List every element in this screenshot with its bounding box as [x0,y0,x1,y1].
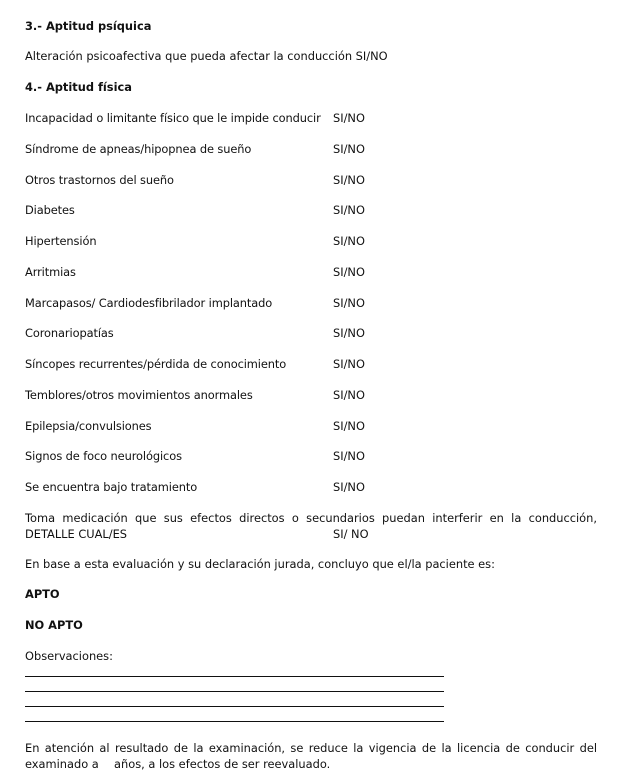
observation-line-3[interactable] [25,706,444,707]
condition-row: Otros trastornos del sueñoSI/NO [25,173,585,187]
condition-answer[interactable]: SI/NO [333,326,365,340]
condition-answer[interactable]: SI/NO [333,111,365,125]
condition-answer[interactable]: SI/NO [333,142,365,156]
condition-answer[interactable]: SI/NO [333,357,365,371]
condition-label: Se encuentra bajo tratamiento [25,480,197,494]
condition-label: Hipertensión [25,234,96,248]
condition-row: Se encuentra bajo tratamientoSI/NO [25,480,585,494]
condition-row: HipertensiónSI/NO [25,234,585,248]
condition-answer[interactable]: SI/NO [333,449,365,463]
medication-label: Toma medicación que sus efectos directos… [25,511,597,541]
conclusion-intro: En base a esta evaluación y su declaraci… [25,557,495,571]
condition-label: Coronariopatías [25,326,114,340]
license-validity-paragraph: En atención al resultado de la examinaci… [25,740,597,772]
condition-label: Diabetes [25,203,75,217]
medication-question: Toma medicación que sus efectos directos… [25,510,597,542]
license-text-part2: años, a los efectos de ser reevaluado. [114,757,330,771]
condition-label: Temblores/otros movimientos anormales [25,388,253,402]
condition-answer[interactable]: SI/NO [333,173,365,187]
psychoaffective-alteration-question: Alteración psicoafectiva que pueda afect… [25,49,388,63]
condition-answer[interactable]: SI/NO [333,419,365,433]
condition-label: Incapacidad o limitante físico que le im… [25,111,321,125]
condition-answer[interactable]: SI/NO [333,203,365,217]
condition-label: Arritmias [25,265,76,279]
condition-row: ArritmiasSI/NO [25,265,585,279]
section-4-heading: 4.- Aptitud física [25,80,132,94]
condition-label: Epilepsia/convulsiones [25,419,152,433]
observation-line-1[interactable] [25,676,444,677]
condition-row: CoronariopatíasSI/NO [25,326,585,340]
condition-answer[interactable]: SI/NO [333,265,365,279]
observation-line-4[interactable] [25,721,444,722]
observations-label: Observaciones: [25,649,113,663]
condition-row: Temblores/otros movimientos anormalesSI/… [25,388,585,402]
option-apto[interactable]: APTO [25,587,60,601]
option-no-apto[interactable]: NO APTO [25,618,83,632]
condition-row: Incapacidad o limitante físico que le im… [25,111,585,125]
condition-answer[interactable]: SI/NO [333,480,365,494]
observation-line-2[interactable] [25,691,444,692]
condition-label: Marcapasos/ Cardiodesfibrilador implanta… [25,296,272,310]
condition-row: Síndrome de apneas/hipopnea de sueñoSI/N… [25,142,585,156]
condition-label: Síndrome de apneas/hipopnea de sueño [25,142,251,156]
medication-answer[interactable]: SI/ NO [333,526,369,542]
condition-row: Epilepsia/convulsionesSI/NO [25,419,585,433]
condition-row: Marcapasos/ Cardiodesfibrilador implanta… [25,296,585,310]
condition-answer[interactable]: SI/NO [333,234,365,248]
condition-label: Signos de foco neurológicos [25,449,182,463]
condition-row: DiabetesSI/NO [25,203,585,217]
condition-answer[interactable]: SI/NO [333,296,365,310]
condition-answer[interactable]: SI/NO [333,388,365,402]
section-3-heading: 3.- Aptitud psíquica [25,19,151,33]
condition-row: Síncopes recurrentes/pérdida de conocimi… [25,357,585,371]
condition-row: Signos de foco neurológicosSI/NO [25,449,585,463]
condition-label: Otros trastornos del sueño [25,173,174,187]
condition-label: Síncopes recurrentes/pérdida de conocimi… [25,357,286,371]
